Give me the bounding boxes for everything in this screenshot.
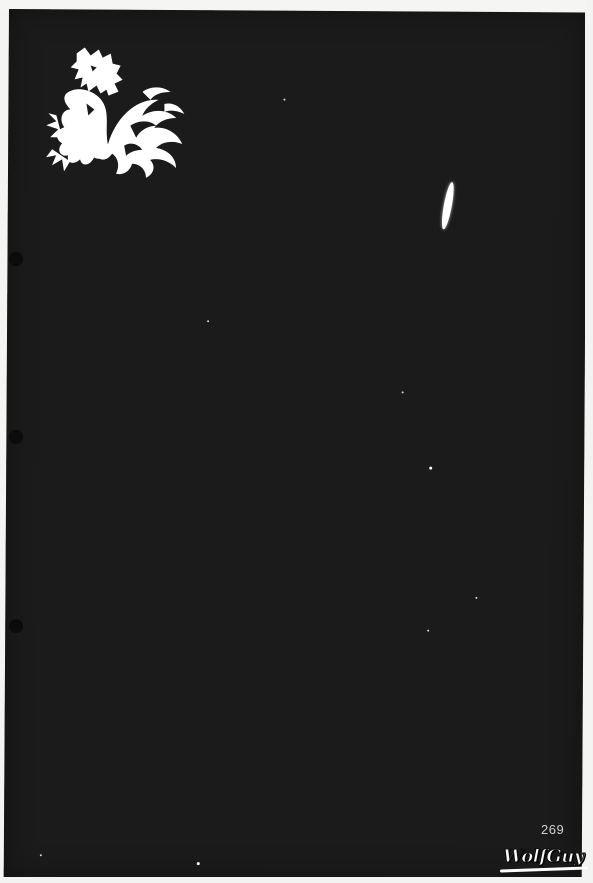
scan-speck	[429, 467, 432, 470]
binding-hole	[9, 430, 23, 444]
logo-underline	[500, 866, 588, 872]
scan-margin-bottom	[0, 877, 593, 883]
manga-page	[4, 9, 587, 881]
wolf-emblem-icon	[46, 45, 187, 178]
scan-speck	[427, 630, 429, 632]
scan-speck	[283, 99, 285, 101]
binding-hole	[9, 252, 23, 266]
scan-margin-right	[585, 0, 593, 883]
binding-hole	[9, 619, 23, 633]
series-logo: WolfGuy	[500, 846, 590, 876]
light-streak	[440, 181, 456, 230]
scan-speck	[197, 862, 200, 865]
scan-speck	[207, 320, 209, 322]
series-logo-text: WolfGuy	[503, 846, 584, 867]
scan-speck	[40, 854, 42, 856]
scan-speck	[475, 597, 477, 599]
page-number: 269	[541, 822, 564, 837]
scan-speck	[402, 391, 404, 393]
